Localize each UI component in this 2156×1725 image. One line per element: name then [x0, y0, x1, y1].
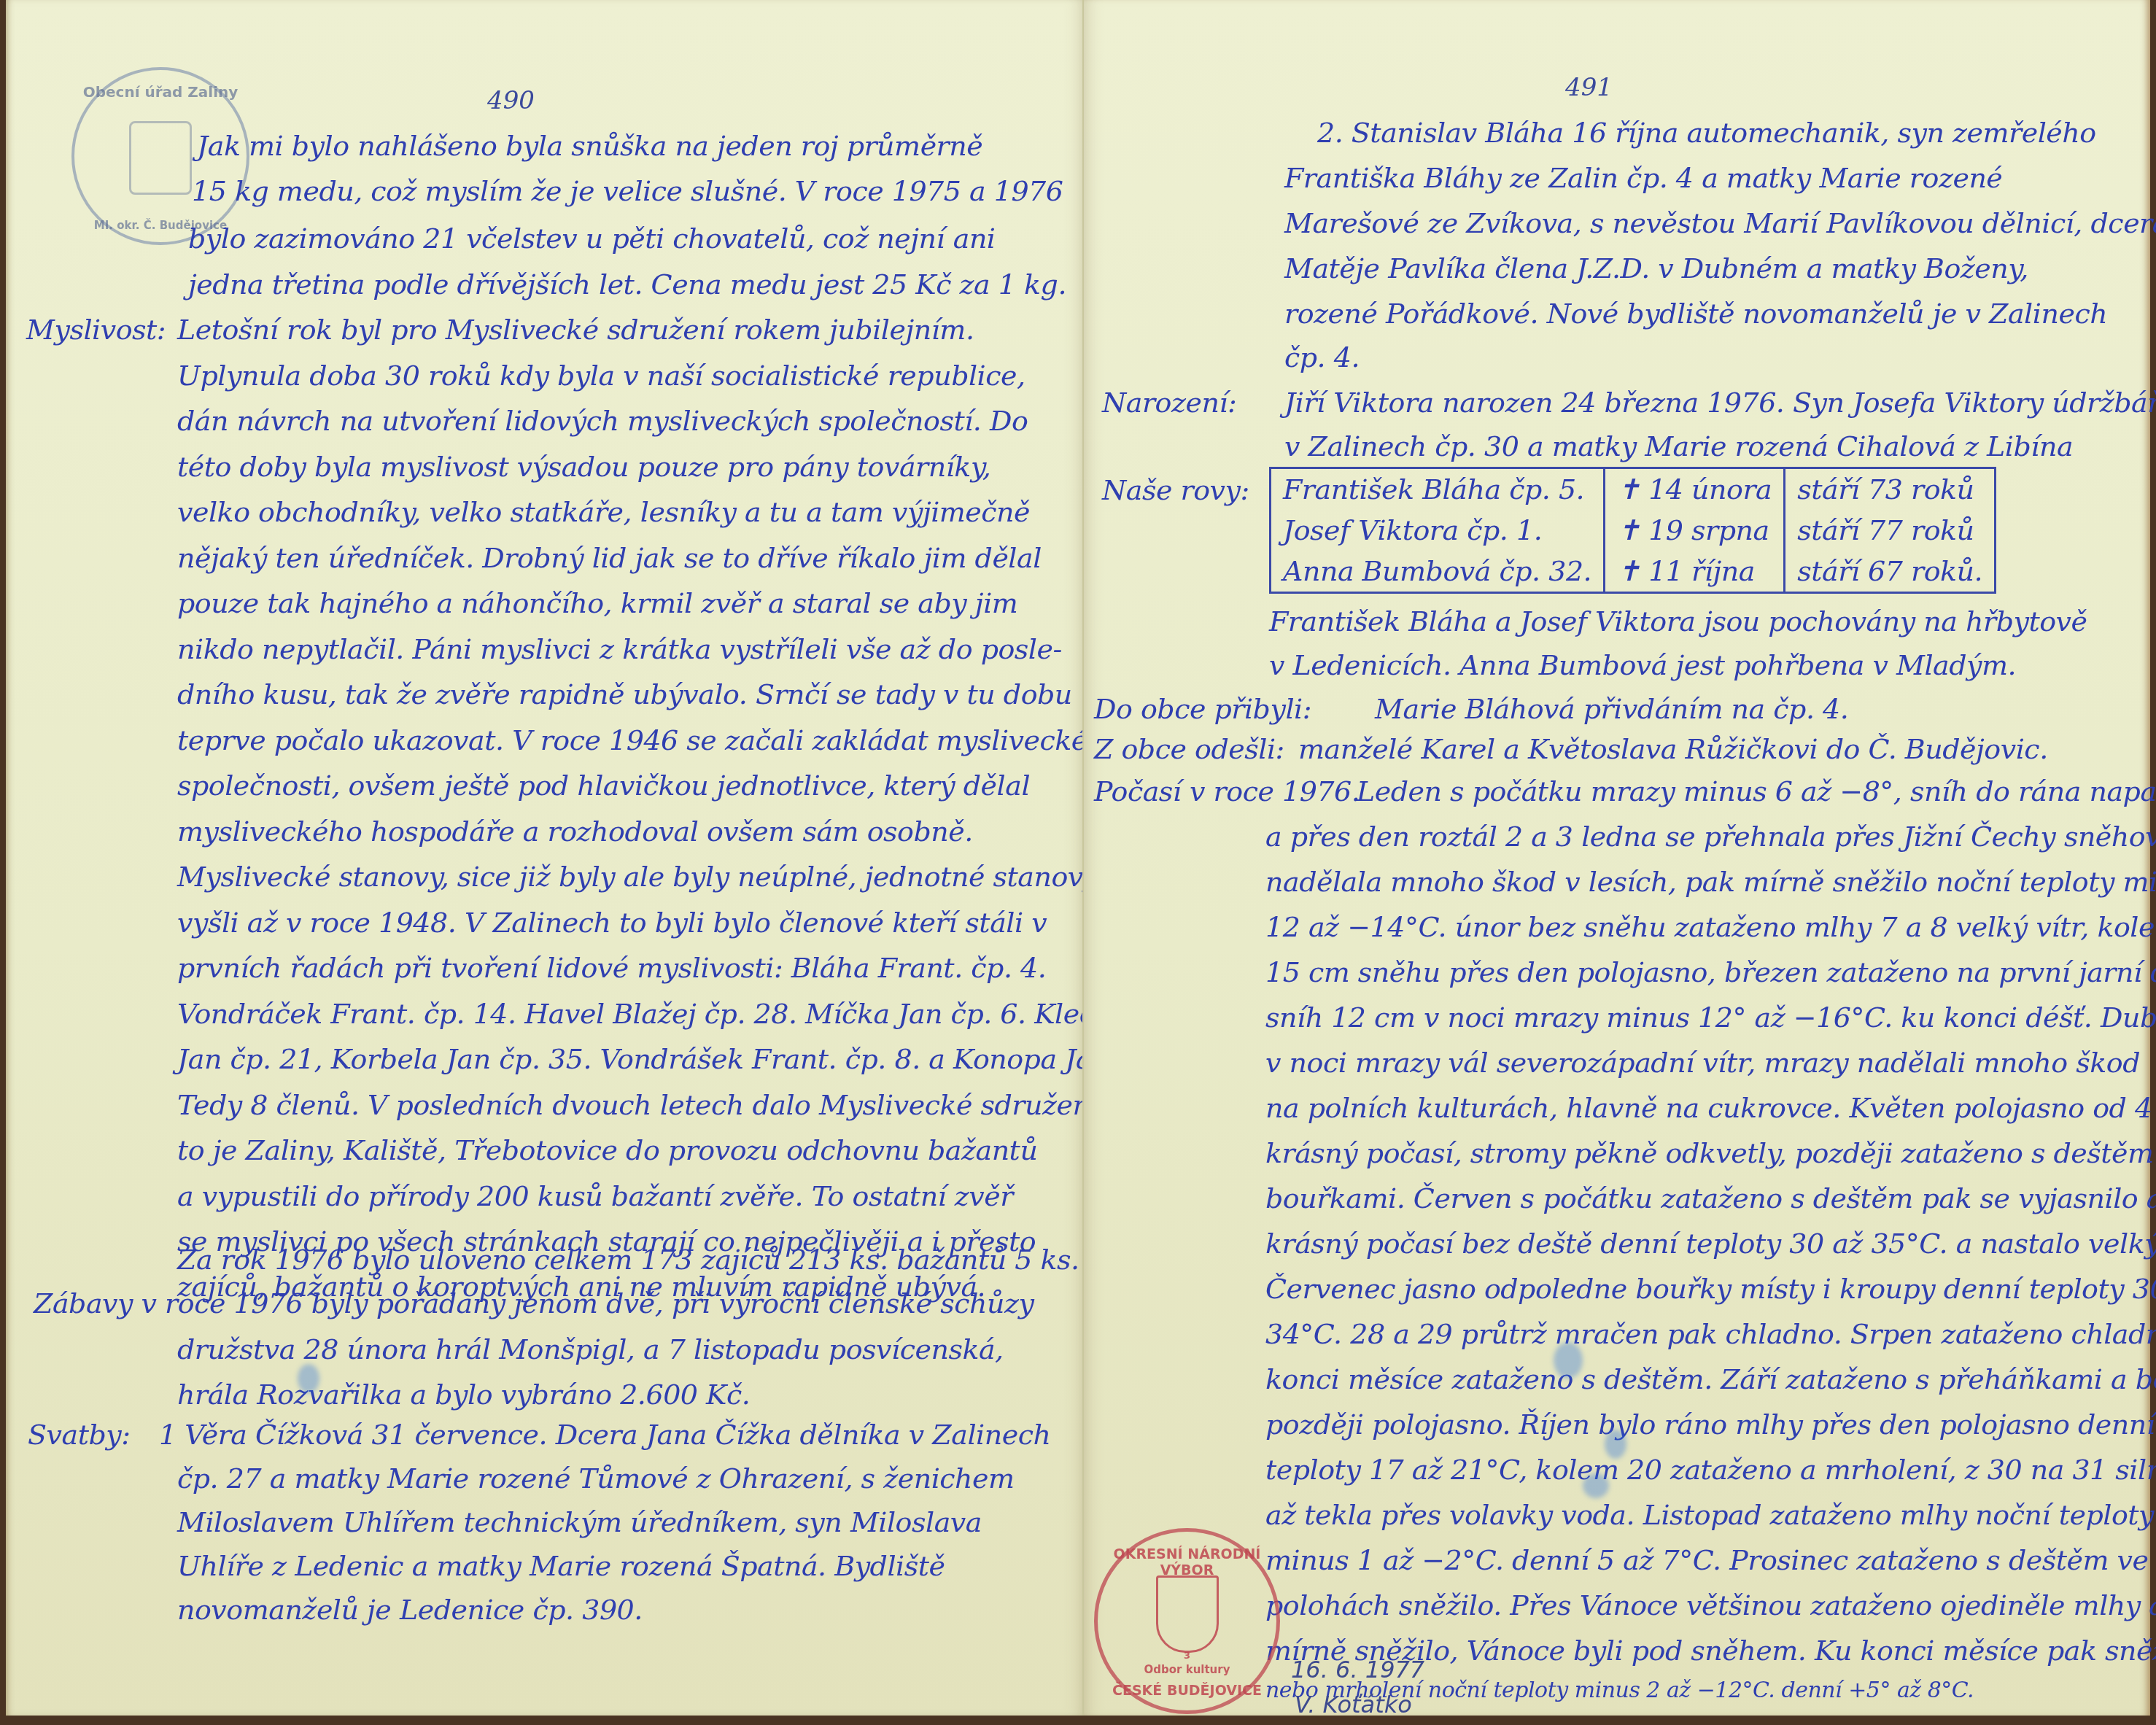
text-line: pouze tak hajného a náhončího, krmil zvě… [177, 587, 1017, 619]
state-emblem-icon [1156, 1575, 1219, 1653]
ink-blot [1554, 1342, 1583, 1379]
stamp-text: Obecní úřad Zaliny [74, 83, 247, 101]
cross-icon: ✝ [1617, 555, 1640, 587]
text-line: a vypustili do přírody 200 kusů bažantí … [177, 1180, 1013, 1212]
text-line: jedna třetina podle dřívějších let. Cena… [188, 268, 1066, 301]
text-line: společnosti, ovšem ještě pod hlavičkou j… [177, 770, 1030, 802]
text-line: 12 až −14°C. únor bez sněhu zataženo mlh… [1265, 911, 2156, 943]
text-line: František Bláha a Josef Viktora jsou poc… [1269, 605, 2087, 637]
death-date: 11 října [1648, 555, 1755, 587]
cross-icon: ✝ [1617, 473, 1640, 505]
text-line: v Zalinech čp. 30 a matky Marie rozená C… [1284, 430, 2073, 462]
text-line: Letošní rok byl pro Myslivecké sdružení … [177, 314, 974, 346]
age: stáří 77 roků [1797, 514, 1974, 546]
text-line: teprve počalo ukazovat. V roce 1946 se z… [177, 724, 1087, 756]
text-line: čp. 4. [1284, 341, 1360, 373]
stamp-bottom-text: ČESKÉ BUDĚJOVICE [1098, 1683, 1276, 1699]
house-number: čp. 1. [1467, 514, 1542, 546]
open-book: Obecní úřad Zaliny MI. okr. Č. Budějovic… [0, 0, 2156, 1725]
text-line: 1 Věra Čížková 31 července. Dcera Jana Č… [159, 1419, 1050, 1451]
table-row: František Bláha čp. 5. ✝ 14 února stáří … [1271, 468, 1996, 511]
text-line: nikdo nepytlačil. Páni myslivci z krátka… [177, 633, 1062, 665]
house-number: čp. 5. [1509, 473, 1584, 505]
text-line: 15 kg medu, což myslím že je velice sluš… [192, 175, 1063, 207]
text-line: 34°C. 28 a 29 průtrž mračen pak chladno.… [1265, 1318, 2156, 1350]
text-line: vyšli až v roce 1948. V Zalinech to byli… [177, 907, 1047, 939]
table-row: Anna Bumbová čp. 32. ✝ 11 října stáří 67… [1271, 551, 1996, 593]
text-line: rozené Pořádkové. Nové bydliště novomanž… [1284, 298, 2107, 330]
text-line: Jak mi bylo nahlášeno byla snůška na jed… [197, 130, 982, 162]
text-line: a přes den roztál 2 a 3 ledna se přehnal… [1265, 821, 2156, 853]
text-line: na polních kulturách, hlavně na cukrovce… [1265, 1092, 2156, 1124]
text-line: krásný počasí, stromy pěkně odkvetly, po… [1265, 1137, 2156, 1169]
section-label: Počasí v roce 1976. [1094, 775, 1360, 807]
text-line: 15 cm sněhu přes den polojasno, březen z… [1265, 956, 2156, 988]
text-line: Uhlíře z Ledenic a matky Marie rozená Šp… [177, 1550, 945, 1582]
text-line: prvních řadách při tvoření lidové mysliv… [177, 952, 1046, 984]
text-line: Za rok 1976 bylo uloveno celkem 173 zají… [177, 1244, 1174, 1276]
text-line: Františka Bláhy ze Zalin čp. 4 a matky M… [1284, 162, 2002, 194]
text-line: čp. 27 a matky Marie rozené Tůmové z Ohr… [177, 1462, 1015, 1495]
text-line: Červenec jasno odpoledne bouřky místy i … [1265, 1273, 2156, 1305]
section-label: Naše rovy: [1102, 474, 1249, 506]
deceased-name: Josef Viktora [1283, 514, 1459, 546]
section-label: Myslivost: [26, 314, 166, 346]
section-label: Narození: [1102, 387, 1236, 419]
lion-emblem-icon [129, 121, 192, 195]
text-line: teploty 17 až 21°C, kolem 20 zataženo a … [1265, 1454, 2156, 1486]
ink-blot [1605, 1430, 1626, 1459]
stamp-number: 3 [1098, 1651, 1276, 1662]
text-line: v noci mrazy vál severozápadní vítr, mra… [1265, 1047, 2140, 1079]
death-date: 14 února [1648, 473, 1772, 505]
page-number: 490 [487, 86, 535, 115]
text-line: Leden s počátku mrazy minus 6 až −8°, sn… [1357, 775, 2156, 807]
section-label: Do obce přibyli: [1094, 693, 1311, 725]
text-line: sníh 12 cm v noci mrazy minus 12° až −16… [1265, 1001, 2156, 1034]
text-line: Tedy 8 členů. V posledních dvouch letech… [177, 1089, 1098, 1121]
text-line: krásný počasí bez deště denní teploty 30… [1265, 1228, 2156, 1260]
text-line: hrála Rozvařilka a bylo vybráno 2.600 Kč… [177, 1379, 750, 1411]
text-line: v Ledenicích. Anna Bumbová jest pohřbena… [1269, 649, 2016, 681]
text-line: to je Zaliny, Kaliště, Třebotovice do pr… [177, 1134, 1037, 1166]
text-line: bylo zazimováno 21 včelstev u pěti chova… [188, 222, 996, 255]
text-line: družstva 28 února hrál Monšpigl, a 7 lis… [177, 1333, 1004, 1365]
text-line: konci měsíce zataženo s deštěm. Září zat… [1265, 1363, 2156, 1395]
text-line: manželé Karel a Květoslava Růžičkovi do … [1298, 733, 2048, 765]
text-line: 2. Stanislav Bláha 16 října automechanik… [1317, 117, 2096, 149]
text-line: Miloslavem Uhlířem technickým úředníkem,… [177, 1506, 982, 1538]
section-label: Svatby: [28, 1419, 131, 1451]
section-label: Zábavy v roce 1976 byly pořádany jenom d… [34, 1287, 1034, 1319]
text-line: Matěje Pavlíka člena J.Z.D. v Dubném a m… [1284, 252, 2028, 284]
text-line: Jiří Viktora narozen 24 března 1976. Syn… [1284, 387, 2156, 419]
signature-name: V. Koťátko [1295, 1691, 1412, 1718]
signature-date: 16. 6. 1977 [1291, 1656, 1424, 1683]
text-line: nějaký ten úředníček. Drobný lid jak se … [177, 542, 1042, 574]
stamp-top-text: OKRESNÍ NÁRODNÍ VÝBOR [1098, 1546, 1276, 1578]
text-line: novomanželů je Ledenice čp. 390. [177, 1594, 643, 1626]
deceased-name: František Bláha [1283, 473, 1501, 505]
text-line: bouřkami. Červen s počátku zataženo s de… [1265, 1182, 2156, 1214]
text-line: mysliveckého hospodáře a rozhodoval ovše… [177, 815, 973, 848]
age: stáří 67 roků. [1797, 555, 1982, 587]
text-line: Marešové ze Zvíkova, s nevěstou Marií Pa… [1284, 207, 2156, 239]
house-number: čp. 32. [1499, 555, 1591, 587]
left-page: Obecní úřad Zaliny MI. okr. Č. Budějovic… [6, 0, 1084, 1716]
table-row: Josef Viktora čp. 1. ✝ 19 srpna stáří 77… [1271, 510, 1996, 551]
graves-table: František Bláha čp. 5. ✝ 14 února stáří … [1269, 467, 1996, 594]
text-line: Marie Bláhová přivdáním na čp. 4. [1375, 693, 1848, 725]
text-line: dního kusu, tak že zvěře rapidně ubývalo… [177, 678, 1072, 710]
cross-icon: ✝ [1617, 514, 1640, 546]
text-line: dán návrch na utvoření lidových myslivec… [177, 405, 1028, 437]
text-line: Uplynula doba 30 roků kdy byla v naší so… [177, 360, 1025, 392]
text-line: Myslivecké stanovy, sice již byly ale by… [177, 861, 1098, 893]
text-line: až tekla přes volavky voda. Listopad zat… [1265, 1499, 2154, 1531]
page-number: 491 [1565, 73, 1613, 102]
text-line: polohách sněžilo. Přes Vánoce většinou z… [1265, 1589, 2156, 1621]
text-line: této doby byla myslivost výsadou pouze p… [177, 451, 990, 483]
deceased-name: Anna Bumbová [1283, 555, 1491, 587]
section-label: Z obce odešli: [1094, 733, 1284, 765]
district-committee-stamp: OKRESNÍ NÁRODNÍ VÝBOR 3 Odbor kultury ČE… [1094, 1528, 1280, 1714]
text-line: velko obchodníky, velko statkáře, lesník… [177, 496, 1030, 528]
text-line: Jan čp. 21, Korbela Jan čp. 35. Vondráše… [177, 1043, 1193, 1075]
text-line: minus 1 až −2°C. denní 5 až 7°C. Prosine… [1265, 1544, 2156, 1576]
stamp-middle-text: Odbor kultury [1098, 1663, 1276, 1676]
age: stáří 73 roků [1797, 473, 1974, 505]
text-line: později polojasno. Říjen bylo ráno mlhy … [1265, 1408, 2155, 1441]
text-line: Vondráček Frant. čp. 14. Havel Blažej čp… [177, 998, 1127, 1030]
ink-blot [1583, 1473, 1609, 1498]
death-date: 19 srpna [1648, 514, 1769, 546]
ink-blot [298, 1364, 319, 1393]
text-line: nadělala mnoho škod v lesích, pak mírně … [1265, 866, 2156, 898]
